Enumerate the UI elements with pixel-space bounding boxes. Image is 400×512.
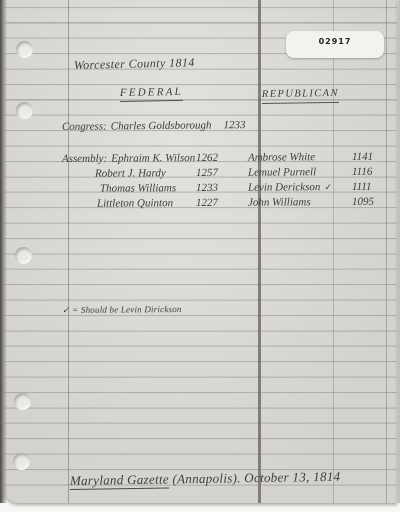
federal-candidate: Littleton Quinton <box>97 198 173 210</box>
right-column-line <box>333 0 334 503</box>
federal-candidate-name: Robert J. Hardy <box>95 167 166 179</box>
republican-votes: 1095 <box>352 197 374 208</box>
federal-votes: 1227 <box>196 198 218 209</box>
republican-candidate: John Williams <box>248 197 315 208</box>
republican-candidate-name: Lemuel Purnell <box>248 166 316 178</box>
far-right-column-line <box>386 0 387 503</box>
page-title: Worcester County 1814 <box>74 56 195 71</box>
republican-candidate: Ambrose White <box>248 152 319 163</box>
republican-candidate-name: John Williams <box>248 196 311 208</box>
federal-candidate: Robert J. Hardy <box>95 168 166 179</box>
congress-candidate: Charles Goldsborough <box>111 119 212 132</box>
scan-right-edge-shadow <box>395 0 400 503</box>
congress-label: Congress: <box>62 121 107 133</box>
assembly-label: Assembly: <box>62 153 107 165</box>
federal-column-header: Federal <box>120 87 183 102</box>
punch-hole <box>16 41 33 58</box>
federal-votes: 1257 <box>196 168 218 179</box>
republican-column-header: Republican <box>262 89 339 104</box>
republican-candidate: Levin Derickson✓ <box>248 182 332 194</box>
republican-votes: 1116 <box>352 167 372 178</box>
source-citation: Maryland Gazette (Annapolis). October 13… <box>70 470 341 487</box>
archive-number-sticker: 02917 <box>286 31 384 58</box>
correction-note: ✓ = Should be Levin Dirickson <box>62 305 182 315</box>
republican-candidate: Lemuel Purnell <box>248 167 320 179</box>
congress-votes: 1233 <box>223 119 245 131</box>
scanned-document-page: 02917 Worcester County 1814 Federal Repu… <box>0 0 400 512</box>
federal-candidate: Assembly:Ephraim K. Wilson <box>62 153 195 165</box>
check-mark: ✓ <box>324 182 332 192</box>
left-margin-line <box>68 0 69 503</box>
federal-candidate: Thomas Williams <box>100 183 176 195</box>
citation-detail: (Annapolis). October 13, 1814 <box>169 469 341 487</box>
scan-left-edge-shadow <box>0 0 7 503</box>
punch-hole <box>13 453 30 470</box>
republican-votes: 1111 <box>352 182 372 193</box>
punch-hole <box>14 393 31 410</box>
congress-result-line: Congress:Charles Goldsborough1233 <box>62 120 246 133</box>
republican-candidate-name: Levin Derickson <box>248 181 320 194</box>
federal-votes: 1262 <box>196 153 218 164</box>
punch-hole <box>16 102 33 119</box>
federal-candidate-name: Ephraim K. Wilson <box>111 152 195 165</box>
center-divider-line <box>258 0 261 503</box>
federal-candidate-name: Littleton Quinton <box>97 197 173 210</box>
federal-votes: 1233 <box>196 183 218 194</box>
assembly-row: Littleton Quinton 1227 John Williams 109… <box>0 197 400 215</box>
citation-source-title: Maryland Gazette <box>70 471 169 490</box>
republican-candidate-name: Ambrose White <box>248 151 315 163</box>
federal-candidate-name: Thomas Williams <box>100 182 176 195</box>
archive-number: 02917 <box>319 37 352 46</box>
republican-votes: 1141 <box>352 152 373 163</box>
punch-hole <box>15 247 32 264</box>
